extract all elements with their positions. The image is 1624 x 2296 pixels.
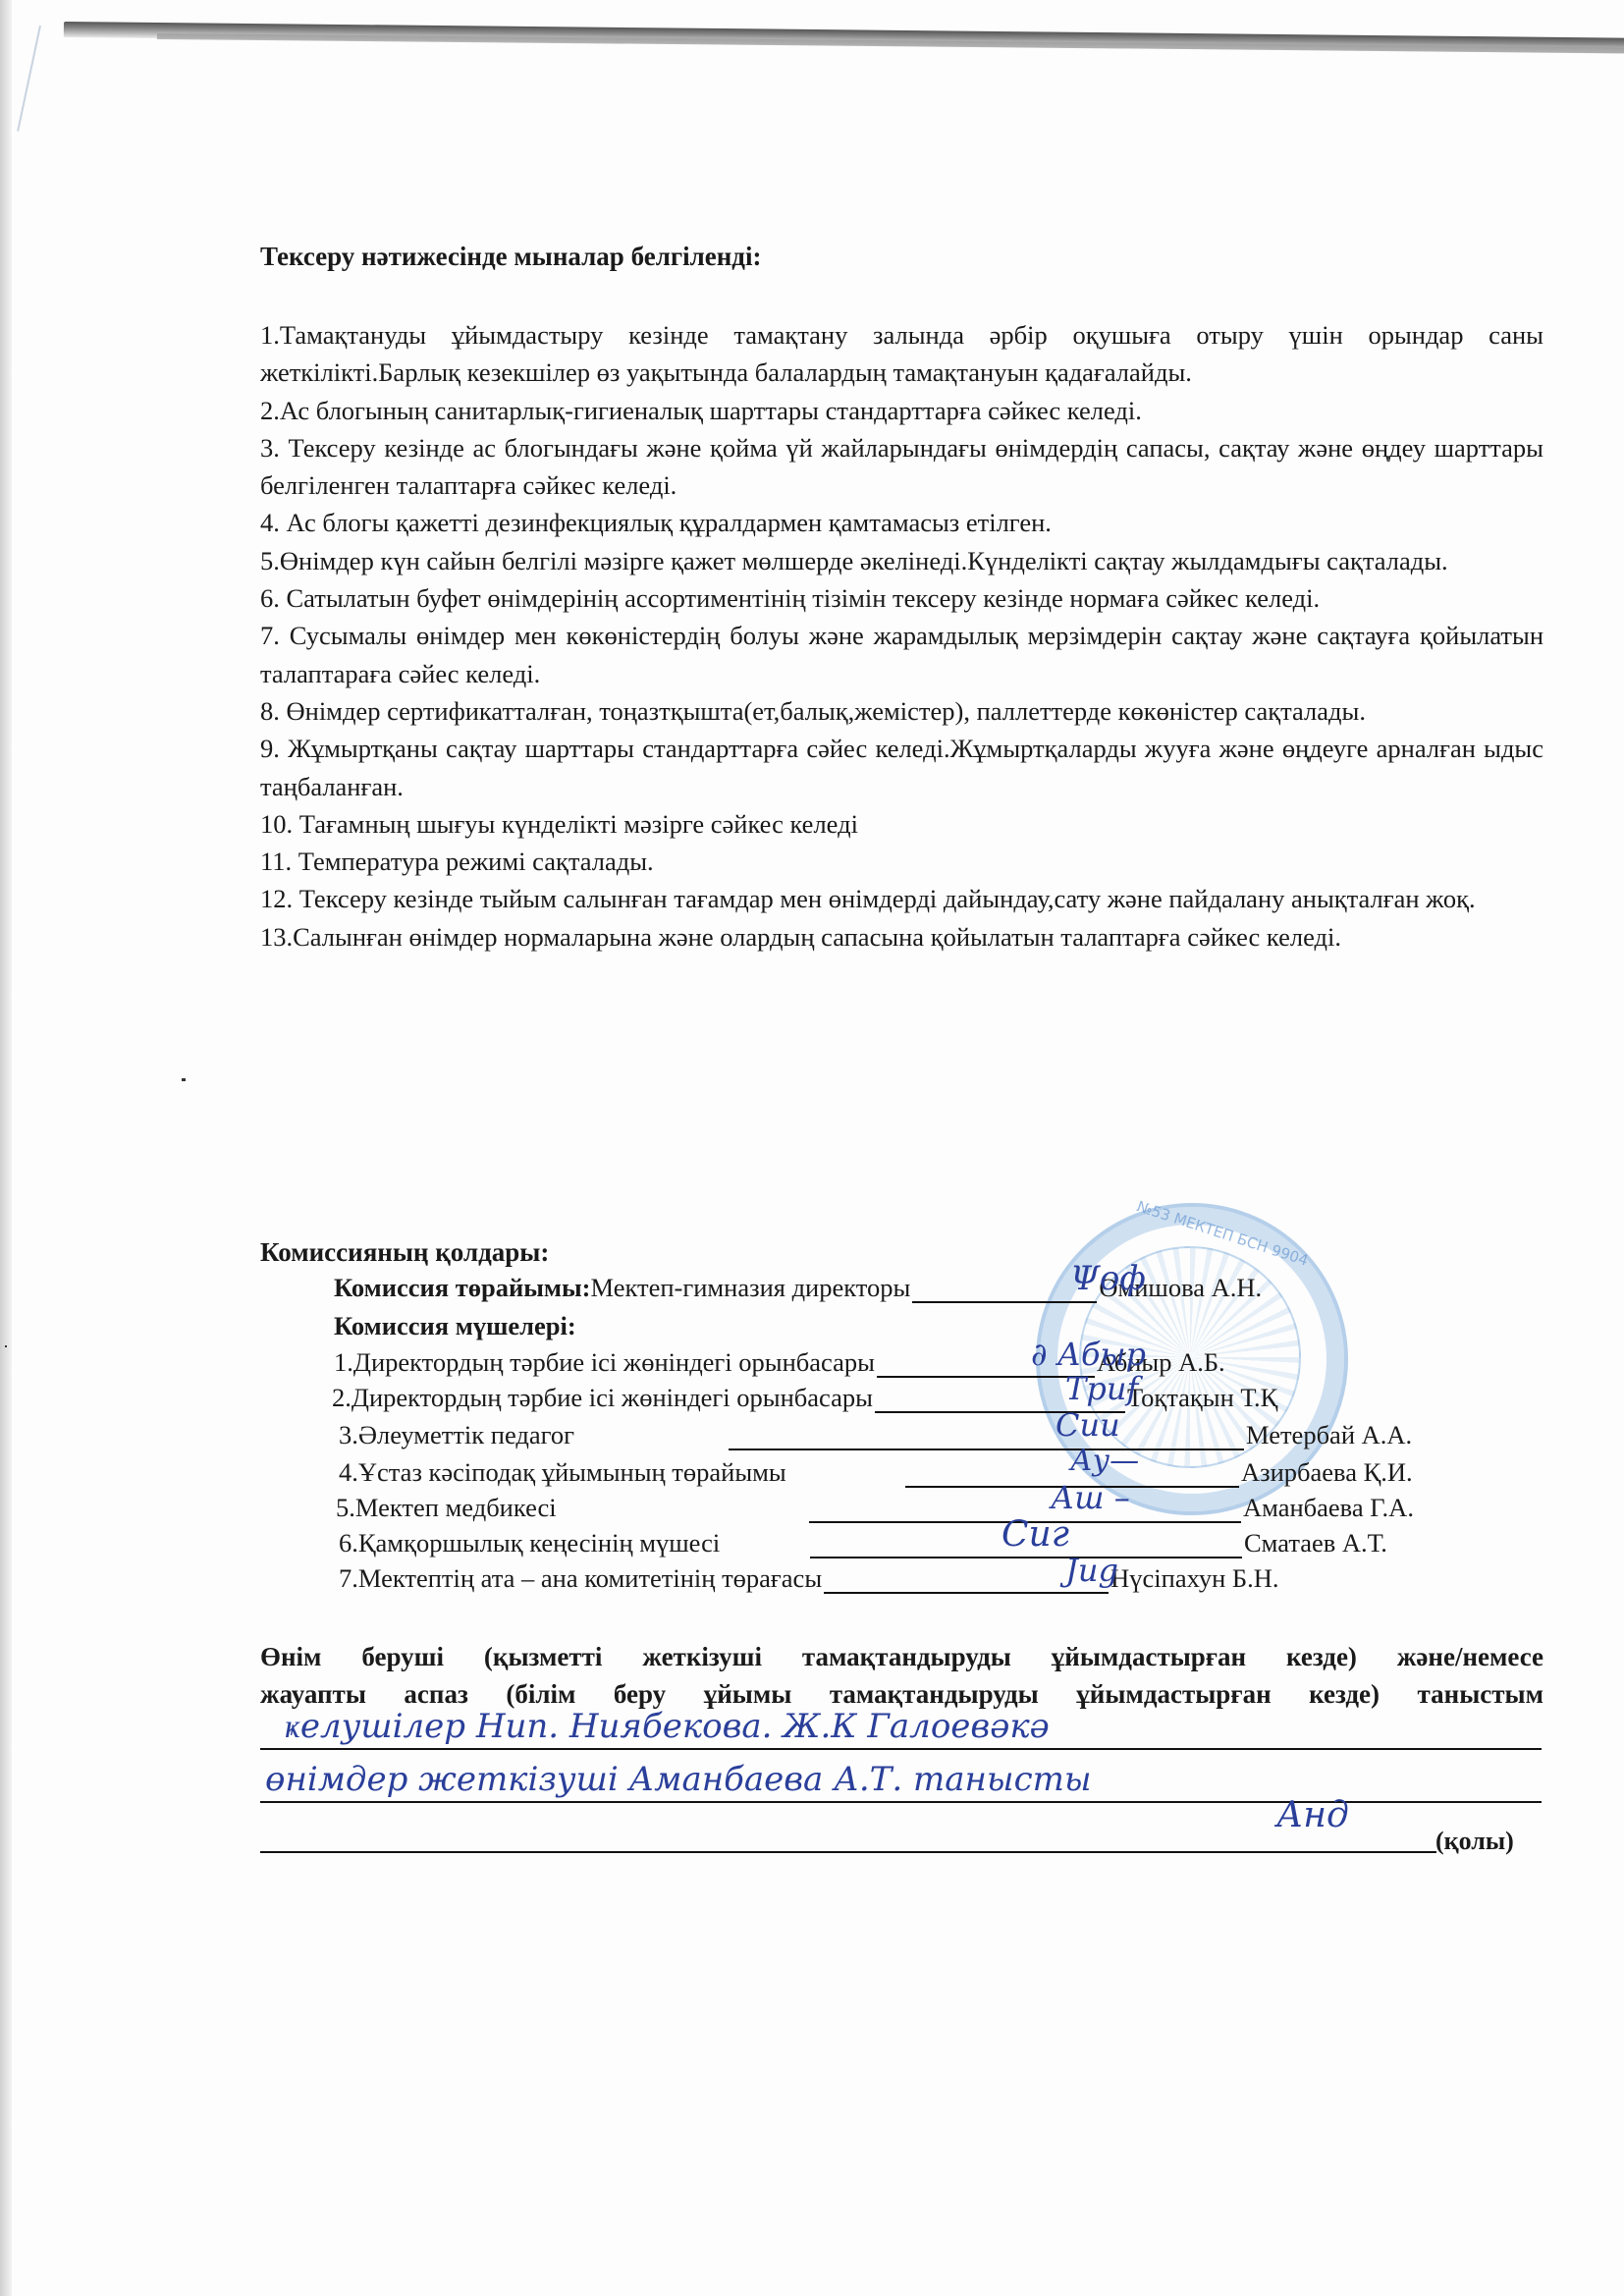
acknowledgement-line xyxy=(260,1801,1542,1803)
member-row: 7.Мектептің ата – ана комитетінің төраға… xyxy=(339,1563,1279,1594)
member-role: 5.Мектеп медбикесі xyxy=(336,1493,807,1523)
members-heading: Комиссия мүшелері: xyxy=(334,1311,576,1341)
handwritten-signature: Ψоф xyxy=(1070,1259,1146,1298)
handwritten-signature: Сии xyxy=(1056,1406,1120,1444)
finding-item: 6. Сатылатын буфет өнімдерінің ассортиме… xyxy=(260,579,1543,617)
signature-label: (қолы) xyxy=(1435,1827,1514,1856)
scan-speck xyxy=(182,1078,186,1081)
finding-item: 1.Тамақтануды ұйымдастыру кезінде тамақт… xyxy=(260,316,1543,392)
member-row: 5.Мектеп медбикесі Аманбаева Г.А. xyxy=(336,1493,1414,1523)
member-name: Метербай А.А. xyxy=(1246,1420,1412,1450)
finding-item: 10. Тағамның шығуы күнделікті мәзірге сә… xyxy=(260,805,1543,843)
member-role: 4.Ұстаз кәсіподақ ұйымының төрайымы xyxy=(339,1457,903,1488)
scan-page-corner xyxy=(17,26,41,132)
finding-item: 5.Өнімдер күн сайын белгілі мәзірге қаже… xyxy=(260,542,1543,579)
acknowledgement-line-1: Өнім беруші (қызметті жеткізуші тамақтан… xyxy=(260,1642,1543,1672)
signature-line xyxy=(260,1851,1436,1853)
member-role: 1.Директордың тәрбие ісі жөніндегі орынб… xyxy=(334,1347,875,1378)
handwritten-signature: ∂ Абыр xyxy=(1031,1336,1146,1373)
scan-speck xyxy=(5,1345,7,1347)
findings-heading: Тексеру нәтижесінде мыналар белгіленді: xyxy=(260,242,761,272)
finding-item: 8. Өнімдер сертификатталған, тоңазтқышта… xyxy=(260,692,1543,730)
acknowledgement-line-2: жауапты аспаз (білім беру ұйымы тамақтан… xyxy=(260,1679,1543,1710)
finding-item: 2.Ас блогының санитарлық-гигиеналық шарт… xyxy=(260,392,1543,429)
finding-item: 3. Тексеру кезінде ас блогындағы және қо… xyxy=(260,429,1543,505)
chair-role: Мектеп-гимназия директоры xyxy=(591,1273,911,1303)
handwritten-acknowledgement-2: өнімдер жеткізуші Аманбаева А.Т. танысты xyxy=(265,1760,1092,1799)
handwritten-signature: Трuf xyxy=(1065,1370,1138,1407)
scan-edge-shadow xyxy=(0,0,12,2296)
member-row: 3.Әлеуметтік педагог Метербай А.А. xyxy=(339,1420,1412,1450)
member-name: Аманбаева Г.А. xyxy=(1243,1493,1414,1523)
signatures-heading: Комиссияның қолдары: xyxy=(260,1237,549,1268)
handwritten-signature: Ау— xyxy=(1070,1444,1139,1478)
finding-item: 9. Жұмыртқаны сақтау шарттары стандартта… xyxy=(260,730,1543,805)
finding-item: 13.Салынған өнімдер нормаларына және ола… xyxy=(260,918,1543,956)
finding-item: 7. Сусымалы өнімдер мен көкөністердің бо… xyxy=(260,617,1543,692)
member-role: 6.Қамқоршылық кеңесінің мүшесі xyxy=(339,1528,808,1558)
finding-item: 11. Температура режимі сақталады. xyxy=(260,843,1543,880)
acknowledgement-line xyxy=(260,1748,1542,1750)
member-name: Нүсіпахун Б.Н. xyxy=(1110,1563,1278,1594)
handwritten-signature: Анд xyxy=(1276,1795,1349,1835)
signature-line xyxy=(729,1421,1244,1450)
findings-list: 1.Тамақтануды ұйымдастыру кезінде тамақт… xyxy=(260,316,1543,956)
member-name: Азирбаева Қ.И. xyxy=(1241,1457,1413,1488)
finding-item: 4. Ас блогы қажетті дезинфекциялық құрал… xyxy=(260,504,1543,541)
member-name: Тоқтақын Т.Қ xyxy=(1127,1383,1277,1413)
handwritten-signature: Jug xyxy=(1065,1552,1118,1589)
member-role: 7.Мектептің ата – ана комитетінің төраға… xyxy=(339,1563,822,1594)
member-name: Сматаев А.Т. xyxy=(1244,1528,1387,1558)
chair-label: Комиссия төрайымы: xyxy=(334,1273,591,1303)
member-row: 4.Ұстаз кәсіподақ ұйымының төрайымы Азир… xyxy=(339,1457,1413,1488)
member-role: 3.Әлеуметтік педагог xyxy=(339,1420,727,1450)
member-role: 2.Директордың тәрбие ісі жөніндегі орынб… xyxy=(332,1383,873,1413)
handwritten-acknowledgement-1: ҝелушілер Нип. Ниябекова. Ж.К Галоевәкә xyxy=(285,1707,1050,1746)
finding-item: 12. Тексеру кезінде тыйым салынған тағам… xyxy=(260,880,1543,917)
member-row: 6.Қамқоршылық кеңесінің мүшесі Сматаев А… xyxy=(339,1528,1387,1558)
handwritten-signature: Сиг xyxy=(1001,1514,1069,1555)
handwritten-signature: Аш – xyxy=(1051,1479,1130,1516)
